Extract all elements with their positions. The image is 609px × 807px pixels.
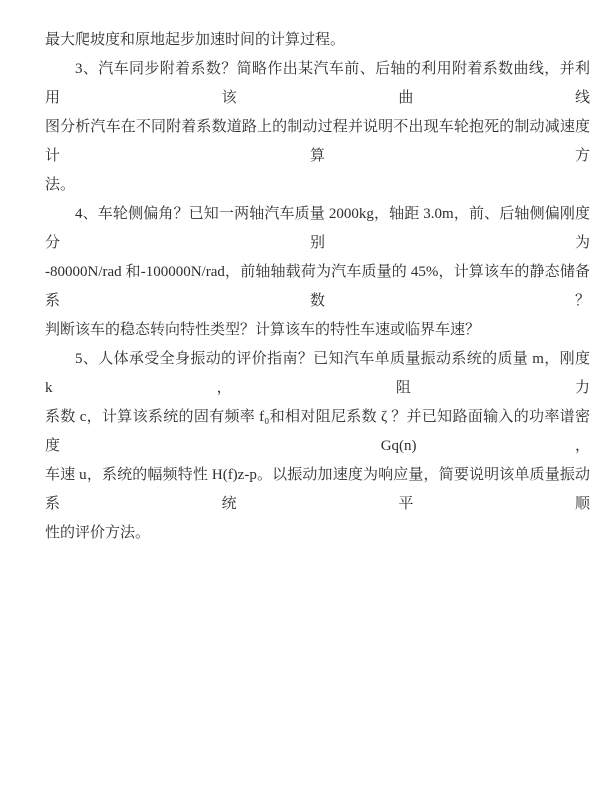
question-3-paragraph: 3、汽车同步附着系数？简略作出某汽车前、后轴的利用附着系数曲线，并利用该曲线 图… <box>45 55 590 200</box>
question-4-line-1: 4、车轮侧偏角？已知一两轴汽车质量 2000kg，轴距 3.0m，前、后轴侧偏刚… <box>45 200 590 258</box>
question-5-paragraph: 5、人体承受全身振动的评价指南？已知汽车单质量振动系统的质量 m，刚度 k，阻力… <box>45 345 590 548</box>
question-4-line-2: -80000N/rad 和-100000N/rad，前轴轴载荷为汽车质量的 45… <box>45 258 590 316</box>
paragraph-continuation: 最大爬坡度和原地起步加速时间的计算过程。 <box>45 26 590 55</box>
question-5-line-3: 车速 u，系统的幅频特性 H(f)z-p。以振动加速度为响应量，简要说明该单质量… <box>45 461 590 519</box>
document-page: 最大爬坡度和原地起步加速时间的计算过程。 3、汽车同步附着系数？简略作出某汽车前… <box>0 0 609 807</box>
question-3-line-2: 图分析汽车在不同附着系数道路上的制动过程并说明不出现车轮抱死的制动减速度计算方 <box>45 113 590 171</box>
question-3-line-1: 3、汽车同步附着系数？简略作出某汽车前、后轴的利用附着系数曲线，并利用该曲线 <box>45 55 590 113</box>
question-5-line-2: 系数 c，计算该系统的固有频率 f₀和相对阻尼系数 ζ ？并已知路面输入的功率谱… <box>45 403 590 461</box>
question-5-line-1: 5、人体承受全身振动的评价指南？已知汽车单质量振动系统的质量 m，刚度 k，阻力 <box>45 345 590 403</box>
question-3-line-3: 法。 <box>45 171 590 200</box>
question-4-line-3: 判断该车的稳态转向特性类型？计算该车的特性车速或临界车速？ <box>45 316 590 345</box>
document-text-block: 最大爬坡度和原地起步加速时间的计算过程。 3、汽车同步附着系数？简略作出某汽车前… <box>45 26 590 548</box>
question-4-paragraph: 4、车轮侧偏角？已知一两轴汽车质量 2000kg，轴距 3.0m，前、后轴侧偏刚… <box>45 200 590 345</box>
question-5-line-4: 性的评价方法。 <box>45 519 590 548</box>
continuation-line: 最大爬坡度和原地起步加速时间的计算过程。 <box>45 26 590 55</box>
